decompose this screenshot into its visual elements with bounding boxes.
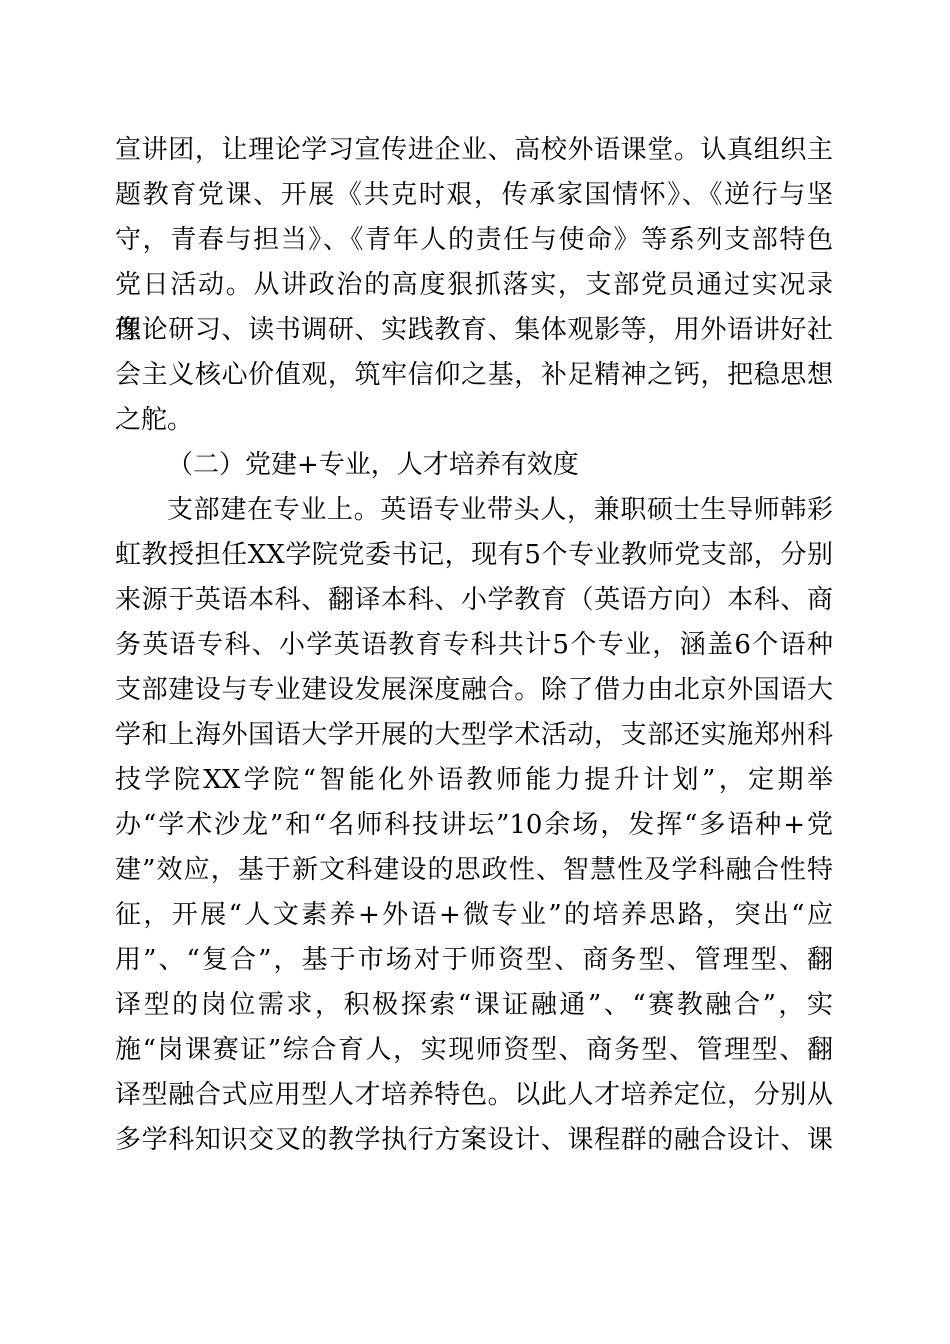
paragraph-first-line: 支部建在专业上。英语专业带头人，兼职硕士生导师韩彩 (115, 488, 833, 533)
paragraph-line: 支部建设与专业建设发展深度融合。除了借力由北京外国语大 (115, 668, 833, 713)
paragraph-line: 会主义核心价值观，筑牢信仰之基，补足精神之钙，把稳思想 (115, 353, 833, 398)
document-page: 宣讲团，让理论学习宣传进企业、高校外语课堂。认真组织主 题教育党课、开展《共克时… (0, 0, 950, 1344)
paragraph-last-line: 之舵。 (115, 398, 833, 443)
paragraph-line: 学和上海外国语大学开展的大型学术活动，支部还实施郑州科 (115, 713, 833, 758)
paragraph-line: 征，开展“人文素养+外语+微专业”的培养思路，突出“应 (115, 893, 833, 938)
section-heading: （二）党建+专业，人才培养有效度 (115, 443, 833, 488)
paragraph-line: 题教育党课、开展《共克时艰，传承家国情怀》、《逆行与坚 (115, 173, 833, 218)
paragraph-line: 建”效应，基于新文科建设的思政性、智慧性及学科融合性特 (115, 848, 833, 893)
paragraph-line: 宣讲团，让理论学习宣传进企业、高校外语课堂。认真组织主 (115, 128, 833, 173)
paragraph-line: 多学科知识交叉的教学执行方案设计、课程群的融合设计、课 (115, 1118, 833, 1163)
paragraph-line: 务英语专科、小学英语教育专科共计5个专业，涵盖6个语种 (115, 623, 833, 668)
paragraph-line: 虹教授担任XX学院党委书记，现有5个专业教师党支部，分别 (115, 533, 833, 578)
paragraph-line: 技学院XX学院“智能化外语教师能力提升计划”，定期举 (115, 758, 833, 803)
paragraph-line: 译型的岗位需求，积极探索“课证融通”、“赛教融合”，实 (115, 983, 833, 1028)
document-body: 宣讲团，让理论学习宣传进企业、高校外语课堂。认真组织主 题教育党课、开展《共克时… (115, 128, 833, 1163)
paragraph-line: 守，青春与担当》、《青年人的责任与使命》等系列支部特色 (115, 218, 833, 263)
paragraph-line: 理论研习、读书调研、实践教育、集体观影等，用外语讲好社 (115, 308, 833, 353)
paragraph-line: 党日活动。从讲政治的高度狠抓落实，支部党员通过实况录像、 (115, 263, 833, 308)
paragraph-line: 用”、“复合”，基于市场对于师资型、商务型、管理型、翻 (115, 938, 833, 983)
paragraph-line: 译型融合式应用型人才培养特色。以此人才培养定位，分别从 (115, 1073, 833, 1118)
paragraph-line: 来源于英语本科、翻译本科、小学教育（英语方向）本科、商 (115, 578, 833, 623)
paragraph-line: 办“学术沙龙”和“名师科技讲坛”10余场，发挥“多语种+党 (115, 803, 833, 848)
paragraph-line: 施“岗课赛证”综合育人，实现师资型、商务型、管理型、翻 (115, 1028, 833, 1073)
